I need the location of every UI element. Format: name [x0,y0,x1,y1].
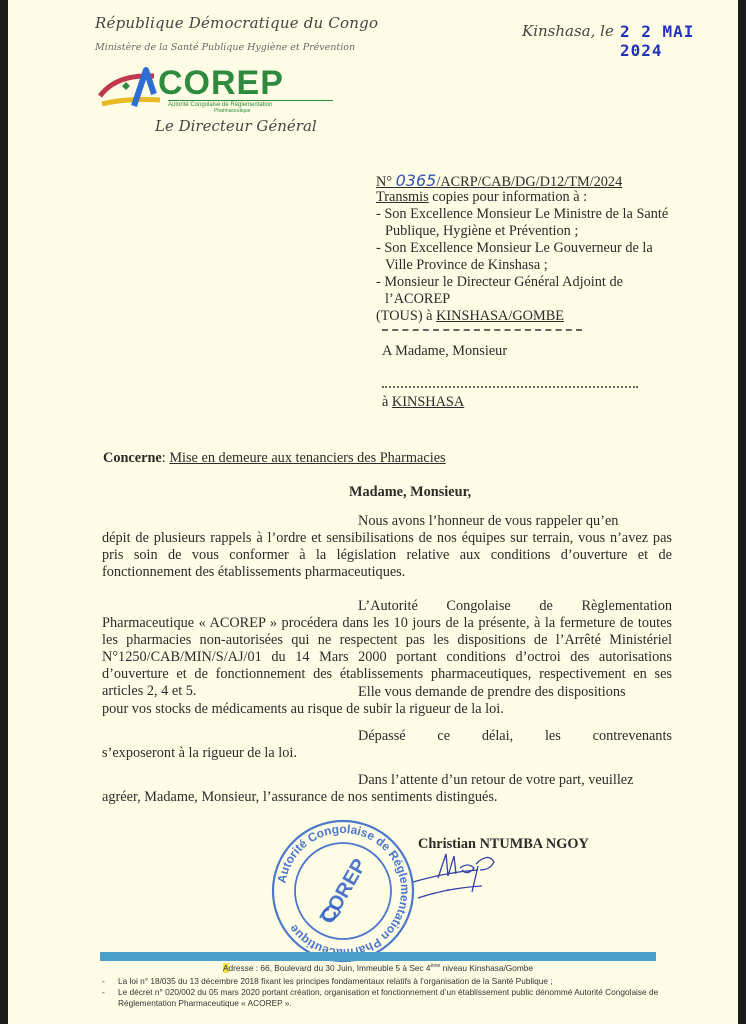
subject-line: Concerne: Mise en demeure aux tenanciers… [103,450,446,467]
transmis-label: Transmis [376,189,429,205]
paragraph-text: pour vos stocks de médicaments au risque… [102,701,672,718]
letter-page: République Démocratique du Congo Ministè… [8,0,738,1024]
date-stamp: 2 2 MAI 2024 [620,22,738,60]
recipient-item: - Son Excellence Monsieur Le Ministre de… [376,206,676,240]
address-text: dresse : 66, Boulevard du 30 Juin, Immeu… [229,963,431,973]
address-superscript: ème [431,963,441,969]
body-paragraph: Dépassé ce délai, les contrevenants s’ex… [102,728,672,762]
tous-line: (TOUS) à KINSHASA/GOMBE [376,308,564,325]
addressee-prefix: à [382,394,392,410]
official-stamp-icon: Autorité Congolaise de Réglementation Ph… [270,818,416,964]
handwritten-signature-icon [408,848,528,908]
address-end: niveau Kinshasa/Gombe [440,963,533,973]
legal-reference-item: La loi n° 18/035 du 13 décembre 2018 fix… [100,976,660,987]
paragraph-first-line: L’Autorité Congolaise de Règlementation [102,598,672,615]
paragraph-first-line: Dépassé ce délai, les contrevenants [102,728,672,745]
place-label: Kinshasa, le [522,22,614,40]
paragraph-first-line: Nous avons l’honneur de vous rappeler qu… [102,513,672,530]
svg-text:COREP: COREP [317,855,372,928]
reference-handwritten-number: 0365 [396,171,437,190]
addressee-name: A Madame, Monsieur [382,343,507,360]
paragraph-text: s’exposeront à la rigueur de la loi. [102,745,672,762]
footer-address: Adresse : 66, Boulevard du 30 Juin, Imme… [100,963,656,973]
dotted-separator [382,386,638,388]
logo-subtitle-2: Pharmaceutique [214,108,250,114]
recipient-list: - Son Excellence Monsieur Le Ministre de… [376,206,676,308]
footer-bar [100,952,656,961]
body-paragraph: Elle vous demande de prendre des disposi… [102,684,672,718]
subject-label: Concerne [103,450,162,466]
reference-prefix: N° [376,174,392,190]
subject-text: Mise en demeure aux tenanciers des Pharm… [169,450,445,466]
director-heading: Le Directeur Général [155,117,317,135]
logo-wordmark: COREP [158,64,284,103]
tous-prefix: (TOUS) à [376,308,436,324]
dashed-separator [382,329,582,331]
acorep-logo: COREP Autorité Congolaise de Réglementat… [96,64,346,114]
recipient-item: - Son Excellence Monsieur Le Gouverneur … [376,240,676,274]
reference-suffix: /ACRP/CAB/DG/D12/TM/2024 [436,174,622,190]
transmis-text: copies pour information à : [429,189,587,205]
acorep-emblem-icon [96,64,166,114]
paragraph-first-line: Elle vous demande de prendre des disposi… [102,684,672,701]
paragraph-first-line: Dans l’attente d’un retour de votre part… [102,772,672,789]
transmis-line: Transmis copies pour information à : [376,189,587,206]
salutation: Madame, Monsieur, [349,484,471,501]
legal-reference-item: Le décret n° 020/002 du 05 mars 2020 por… [100,987,660,1009]
republic-heading: République Démocratique du Congo [95,14,378,32]
body-paragraph: Dans l’attente d’un retour de votre part… [102,772,672,806]
footer-legal-references: La loi n° 18/035 du 13 décembre 2018 fix… [100,976,660,1009]
body-paragraph: Nous avons l’honneur de vous rappeler qu… [102,513,672,581]
logo-rule [168,100,333,101]
addressee-place: à KINSHASA [382,394,464,411]
ministry-heading: Ministère de la Santé Publique Hygiène e… [95,42,355,53]
paragraph-text: dépit de plusieurs rappels à l’ordre et … [102,530,672,581]
paragraph-text: agréer, Madame, Monsieur, l’assurance de… [102,789,672,806]
tous-place: KINSHASA/GOMBE [436,308,564,324]
recipient-item: - Monsieur le Directeur Général Adjoint … [376,274,676,308]
addressee-city: KINSHASA [392,394,464,410]
